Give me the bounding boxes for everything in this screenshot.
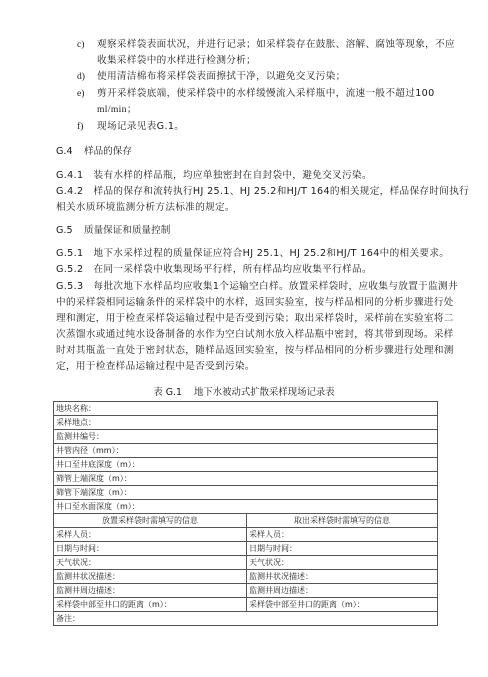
table-row: 监测井状况描述： 监测井状况描述： bbox=[54, 570, 438, 584]
paragraph-number: G.4.1 bbox=[56, 169, 84, 183]
list-label-f: f) bbox=[77, 120, 83, 134]
retrieve-well-condition: 监测井状况描述： bbox=[247, 570, 438, 584]
list-label-d: d) bbox=[77, 70, 85, 84]
paragraph-g5-3: G.5.3每批次地下水样品均应收集1个运输空白样。放置采样袋时，应收集与放置于监… bbox=[56, 280, 458, 294]
paragraph-text: 每批次地下水样品均应收集1个运输空白样。放置采样袋时，应收集与放置于监测井 bbox=[94, 281, 458, 292]
section-title: 样品的保存 bbox=[84, 146, 132, 157]
table-row: 备注： bbox=[54, 612, 438, 626]
table-row: 筛管上端深度（m）： bbox=[54, 472, 438, 486]
table-row: 采样人员： 采样人员： bbox=[54, 528, 438, 542]
list-item-f-line-1: 现场记录见表G.1。 bbox=[97, 120, 184, 134]
field-site-name: 地块名称： bbox=[54, 402, 438, 416]
table-row: 采样地点： bbox=[54, 416, 438, 430]
section-number: G.5 bbox=[56, 224, 84, 238]
paragraph-text: 在同一采样袋中收集现场平行样，所有样品均应收集平行样品。 bbox=[94, 264, 372, 275]
field-remarks: 备注： bbox=[54, 612, 438, 626]
list-item-e-line-2: ml/min； bbox=[97, 103, 137, 117]
paragraph-g5-3-line-2: 中的采样袋相同运输条件的采样袋中的水样，返回实验室，按与样品相同的分析步骤进行处 bbox=[56, 296, 454, 310]
table-row: 井口至水面深度（m）： bbox=[54, 500, 438, 514]
paragraph-text: 地下水采样过程的质量保证应符合HJ 25.1、HJ 25.2和HJ/T 164中… bbox=[94, 248, 450, 259]
table-row: 井口至井底深度（m）： bbox=[54, 458, 438, 472]
retrieve-weather: 天气状况： bbox=[247, 556, 438, 570]
list-label-e: e) bbox=[77, 87, 84, 101]
table-row: 监测井编号： bbox=[54, 430, 438, 444]
section-heading-g4: G.4样品的保存 bbox=[56, 145, 132, 159]
field-record-table: 地块名称： 采样地点： 监测井编号： 井管内径（mm）： 井口至井底深度（m）：… bbox=[53, 401, 438, 626]
paragraph-g5-3-line-3: 理和测定，用于检查采样袋运输过程中是否受到污染；取出采样袋时，采样前在实验室将二 bbox=[56, 312, 454, 326]
paragraph-g5-3-line-5: 时对其瓶盖一直处于密封状态，随样品返回实验室，按与样品相同的分析步骤进行处理和测 bbox=[56, 344, 454, 358]
section-heading-g5: G.5质量保证和质量控制 bbox=[56, 224, 170, 238]
field-sampling-location: 采样地点： bbox=[54, 416, 438, 430]
header-deploy-info: 放置采样袋时需填写的信息 bbox=[54, 514, 247, 528]
paragraph-g4-1: G.4.1装有水样的样品瓶，均应单独密封在自封袋中，避免交叉污染。 bbox=[56, 169, 372, 183]
paragraph-g5-3-line-4: 次蒸馏水或通过纯水设备制备的水作为空白试剂水放入样品瓶中密封，将其带到现场。采样 bbox=[56, 328, 454, 342]
table-caption-title: 地下水被动式扩散采样现场记录表 bbox=[194, 387, 335, 398]
table-row: 井管内径（mm）： bbox=[54, 444, 438, 458]
table-caption: 表 G.1地下水被动式扩散采样现场记录表 bbox=[0, 387, 488, 399]
deploy-datetime: 日期与时间： bbox=[54, 542, 247, 556]
table-row: 采样袋中部至井口的距离（m）： 采样袋中部至井口的距离（m）： bbox=[54, 598, 438, 612]
list-item-d-line-1: 使用清洁棉布将采样袋表面擦拭干净，以避免交叉污染； bbox=[97, 70, 346, 84]
paragraph-g4-2: G.4.2样品的保存和流转执行HJ 25.1、HJ 25.2和HJ/T 164的… bbox=[56, 185, 469, 199]
list-item-c-line-2: 收集采样袋中的水样进行检测分析； bbox=[97, 54, 256, 68]
paragraph-number: G.5.2 bbox=[56, 263, 84, 277]
list-label-c: c) bbox=[77, 38, 84, 52]
header-retrieve-info: 取出采样袋时需填写的信息 bbox=[247, 514, 438, 528]
field-screen-bottom-depth: 筛管下端深度（m）： bbox=[54, 486, 438, 500]
retrieve-datetime: 日期与时间： bbox=[247, 542, 438, 556]
deploy-weather: 天气状况： bbox=[54, 556, 247, 570]
table-row: 天气状况： 天气状况： bbox=[54, 556, 438, 570]
paragraph-number: G.4.2 bbox=[56, 185, 84, 199]
table-caption-number: 表 G.1 bbox=[153, 387, 182, 398]
field-well-number: 监测井编号： bbox=[54, 430, 438, 444]
paragraph-g5-3-line-6: 定，用于检查样品运输过程中是否受到污染。 bbox=[56, 360, 255, 374]
paragraph-g5-1: G.5.1地下水采样过程的质量保证应符合HJ 25.1、HJ 25.2和HJ/T… bbox=[56, 247, 449, 261]
paragraph-text: 装有水样的样品瓶，均应单独密封在自封袋中，避免交叉污染。 bbox=[94, 170, 372, 181]
list-item-c-line-1: 观察采样袋表面状况，并进行记录；如采样袋存在鼓胀、溶解、腐蚀等现象，不应 bbox=[97, 38, 455, 52]
paragraph-g5-2: G.5.2在同一采样袋中收集现场平行样，所有样品均应收集平行样品。 bbox=[56, 263, 372, 277]
retrieve-bag-distance: 采样袋中部至井口的距离（m）： bbox=[247, 598, 438, 612]
paragraph-text: 样品的保存和流转执行HJ 25.1、HJ 25.2和HJ/T 164的相关规定，… bbox=[94, 186, 470, 197]
table-row: 日期与时间： 日期与时间： bbox=[54, 542, 438, 556]
table-row: 地块名称： bbox=[54, 402, 438, 416]
table-row: 筛管下端深度（m）： bbox=[54, 486, 438, 500]
table-header-row: 放置采样袋时需填写的信息 取出采样袋时需填写的信息 bbox=[54, 514, 438, 528]
field-casing-diameter: 井管内径（mm）： bbox=[54, 444, 438, 458]
section-title: 质量保证和质量控制 bbox=[84, 225, 170, 236]
paragraph-g4-2-line-2: 相关水质环境监测分析方法标准的规定。 bbox=[56, 201, 235, 215]
retrieve-well-surroundings: 监测井周边描述： bbox=[247, 584, 438, 598]
deploy-well-surroundings: 监测井周边描述： bbox=[54, 584, 247, 598]
list-item-e-line-1: 剪开采样袋底端，使采样袋中的水样缓慢流入采样瓶中，流速一般不超过100 bbox=[97, 87, 435, 101]
deploy-well-condition: 监测井状况描述： bbox=[54, 570, 247, 584]
retrieve-sampler: 采样人员： bbox=[247, 528, 438, 542]
section-number: G.4 bbox=[56, 145, 84, 159]
deploy-sampler: 采样人员： bbox=[54, 528, 247, 542]
table-row: 监测井周边描述： 监测井周边描述： bbox=[54, 584, 438, 598]
paragraph-number: G.5.3 bbox=[56, 280, 84, 294]
field-water-level-depth: 井口至水面深度（m）： bbox=[54, 500, 438, 514]
paragraph-number: G.5.1 bbox=[56, 247, 84, 261]
deploy-bag-distance: 采样袋中部至井口的距离（m）： bbox=[54, 598, 247, 612]
document-page: c) 观察采样袋表面状况，并进行记录；如采样袋存在鼓胀、溶解、腐蚀等现象，不应 … bbox=[0, 0, 488, 677]
field-screen-top-depth: 筛管上端深度（m）： bbox=[54, 472, 438, 486]
field-well-depth: 井口至井底深度（m）： bbox=[54, 458, 438, 472]
